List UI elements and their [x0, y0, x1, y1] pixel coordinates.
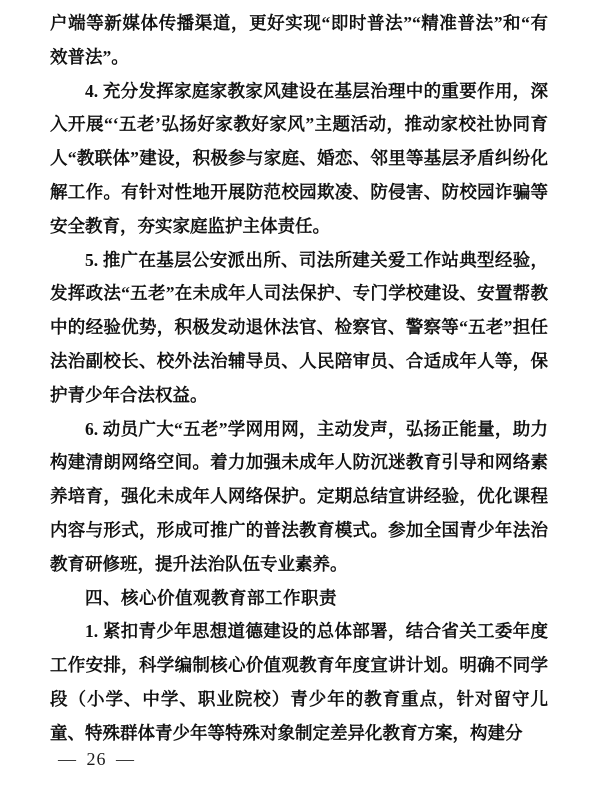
paragraph-item-1: 1. 紧扣青少年思想道德建设的总体部署，结合省关工委年度工作安排，科学编制核心价…	[50, 615, 548, 750]
paragraph-item-5: 5. 推广在基层公安派出所、司法所建关爱工作站典型经验，发挥政法“五老”在未成年…	[50, 244, 548, 413]
page-number: — 26 —	[58, 749, 135, 770]
section-heading: 四、核心价值观教育部工作职责	[50, 582, 548, 616]
paragraph-item-4: 4. 充分发挥家庭家教家风建设在基层治理中的重要作用，深入开展“‘五老’弘扬好家…	[50, 75, 548, 244]
paragraph-item-6: 6. 动员广大“五老”学网用网，主动发声，弘扬正能量，助力构建清朗网络空间。着力…	[50, 413, 548, 582]
document-page: 户端等新媒体传播渠道，更好实现“即时普法”“精准普法”和“有效普法”。 4. 充…	[0, 0, 604, 812]
document-body: 户端等新媒体传播渠道，更好实现“即时普法”“精准普法”和“有效普法”。 4. 充…	[50, 7, 548, 751]
paragraph-continuation: 户端等新媒体传播渠道，更好实现“即时普法”“精准普法”和“有效普法”。	[50, 7, 548, 75]
